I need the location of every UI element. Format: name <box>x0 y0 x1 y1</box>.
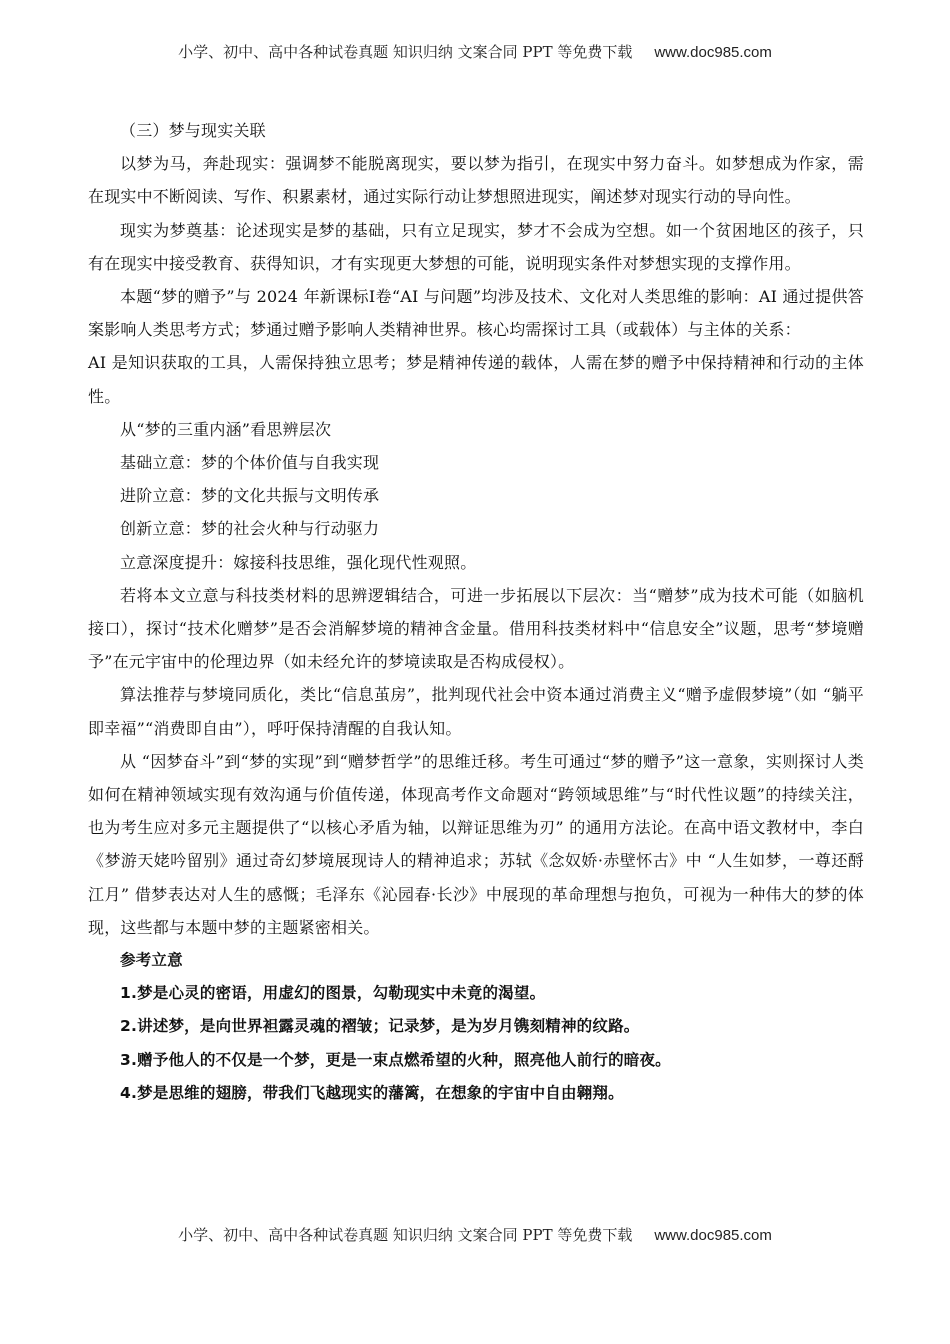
footer-site-link[interactable]: www.doc985.com <box>654 1227 772 1244</box>
paragraph-reality-foundation: 现实为梦奠基：论述现实是梦的基础，只有立足现实，梦才不会成为空想。如一个贫困地区… <box>88 214 864 280</box>
level-innovative: 创新立意：梦的社会火种与行动驱力 <box>88 512 864 545</box>
section-title: （三）梦与现实关联 <box>88 114 864 147</box>
document-body: （三）梦与现实关联 以梦为马，奔赴现实：强调梦不能脱离现实，要以梦为指引，在现实… <box>88 114 864 1110</box>
footer-text: 小学、初中、高中各种试卷真题 知识归纳 文案合同 PPT 等免费下载 <box>178 1226 632 1244</box>
reference-heading: 参考立意 <box>88 944 864 977</box>
paragraph-ai-comparison: 本题“梦的赠予”与 2024 年新课标Ⅰ卷“AI 与问题”均涉及技术、文化对人类… <box>88 280 864 346</box>
paragraph-algorithm: 算法推荐与梦境同质化，类比“信息茧房”，批判现代社会中资本通过消费主义“赠予虚假… <box>88 678 864 744</box>
header-text: 小学、初中、高中各种试卷真题 知识归纳 文案合同 PPT 等免费下载 <box>178 43 632 61</box>
page-footer: 小学、初中、高中各种试卷真题 知识归纳 文案合同 PPT 等免费下载www.do… <box>0 1224 950 1245</box>
reference-item-1: 1.梦是心灵的密语，用虚幻的图景，勾勒现实中未竟的渴望。 <box>88 977 864 1010</box>
paragraph-thinking-transfer: 从 “因梦奋斗”到“梦的实现”到“赠梦哲学”的思维迁移。考生可通过“梦的赠予”这… <box>88 745 864 944</box>
level-advanced: 进阶立意：梦的文化共振与文明传承 <box>88 479 864 512</box>
reference-item-4: 4.梦是思维的翅膀，带我们飞越现实的藩篱，在想象的宇宙中自由翱翔。 <box>88 1077 864 1110</box>
levels-heading: 从“梦的三重内涵”看思辨层次 <box>88 413 864 446</box>
level-basic: 基础立意：梦的个体价值与自我实现 <box>88 446 864 479</box>
header-site-link[interactable]: www.doc985.com <box>654 44 772 61</box>
paragraph-dream-as-horse: 以梦为马，奔赴现实：强调梦不能脱离现实，要以梦为指引，在现实中努力奋斗。如梦想成… <box>88 147 864 213</box>
level-depth: 立意深度提升：嫁接科技思维，强化现代性观照。 <box>88 546 864 579</box>
reference-item-3: 3.赠予他人的不仅是一个梦，更是一束点燃希望的火种，照亮他人前行的暗夜。 <box>88 1044 864 1077</box>
paragraph-ai-tool: AI 是知识获取的工具，人需保持独立思考；梦是精神传递的载体，人需在梦的赠予中保… <box>88 346 864 412</box>
page-header: 小学、初中、高中各种试卷真题 知识归纳 文案合同 PPT 等免费下载www.do… <box>0 41 950 62</box>
paragraph-tech-extension: 若将本文立意与科技类材料的思辨逻辑结合，可进一步拓展以下层次：当“赠梦”成为技术… <box>88 579 864 679</box>
reference-item-2: 2.讲述梦，是向世界袒露灵魂的褶皱；记录梦，是为岁月镌刻精神的纹路。 <box>88 1010 864 1043</box>
